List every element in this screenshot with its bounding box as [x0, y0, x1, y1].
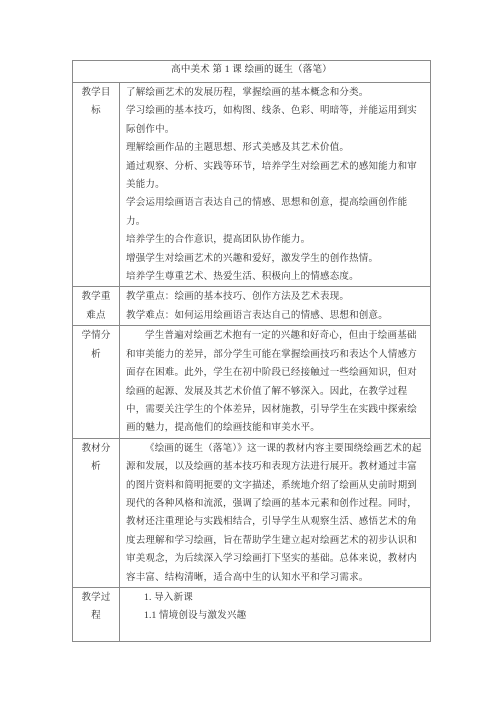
label-key-difficult-points: 教学重难点 [73, 287, 120, 326]
label-material-analysis: 教材分析 [73, 438, 120, 587]
paragraph: 1.1 情境创设与激发兴趣 [144, 607, 422, 625]
row-teaching-process: 教学过程 1. 导入新课1.1 情境创设与激发兴趣 [73, 587, 431, 641]
paragraph: 培养学生尊重艺术、热爱生活、积极向上的情感态度。 [126, 268, 422, 286]
lesson-plan-table: 高中美术 第 1 课 绘画的诞生（落笔） 教学目标 了解绘画艺术的发展历程，掌握… [72, 60, 431, 642]
paragraph: 增强学生对绘画艺术的兴趣和爱好，激发学生的创作热情。 [126, 250, 422, 268]
label-teaching-goals: 教学目标 [73, 83, 120, 287]
label-teaching-process: 教学过程 [73, 587, 120, 641]
content-student-analysis: 学生普遍对绘画艺术抱有一定的兴趣和好奇心，但由于绘画基础和审美能力的差异，部分学… [120, 326, 431, 438]
paragraph: 培养学生的合作意识，提高团队协作能力。 [126, 231, 422, 249]
paragraph: 教学难点：如何运用绘画语言表达自己的情感、思想和创意。 [126, 307, 422, 325]
paragraph: 1. 导入新课 [144, 589, 422, 607]
paragraph: 教学重点：绘画的基本技巧、创作方法及艺术表现。 [126, 288, 422, 306]
content-teaching-process: 1. 导入新课1.1 情境创设与激发兴趣 [120, 587, 431, 641]
row-material-analysis: 教材分析 《绘画的诞生（落笔）》这一课的教材内容主要围绕绘画艺术的起源和发展，以… [73, 438, 431, 587]
row-teaching-goals: 教学目标 了解绘画艺术的发展历程，掌握绘画的基本概念和分类。学习绘画的基本技巧，… [73, 83, 431, 287]
paragraph: 学习绘画的基本技巧，如构图、线条、色彩、明暗等，并能运用到实际创作中。 [126, 102, 422, 139]
content-teaching-goals: 了解绘画艺术的发展历程，掌握绘画的基本概念和分类。学习绘画的基本技巧，如构图、线… [120, 83, 431, 287]
row-student-analysis: 学情分析 学生普遍对绘画艺术抱有一定的兴趣和好奇心，但由于绘画基础和审美能力的差… [73, 326, 431, 438]
title-row: 高中美术 第 1 课 绘画的诞生（落笔） [73, 61, 431, 83]
paragraph: 通过观察、分析、实践等环节，培养学生对绘画艺术的感知能力和审美能力。 [126, 158, 422, 195]
paragraph: 学生普遍对绘画艺术抱有一定的兴趣和好奇心，但由于绘画基础和审美能力的差异，部分学… [126, 327, 422, 437]
paragraph: 《绘画的诞生（落笔）》这一课的教材内容主要围绕绘画艺术的起源和发展，以及绘画的基… [126, 440, 422, 587]
row-key-difficult-points: 教学重难点 教学重点：绘画的基本技巧、创作方法及艺术表现。教学难点：如何运用绘画… [73, 287, 431, 326]
content-key-difficult-points: 教学重点：绘画的基本技巧、创作方法及艺术表现。教学难点：如何运用绘画语言表达自己… [120, 287, 431, 326]
paragraph: 理解绘画作品的主题思想、形式美感及其艺术价值。 [126, 139, 422, 157]
content-material-analysis: 《绘画的诞生（落笔）》这一课的教材内容主要围绕绘画艺术的起源和发展，以及绘画的基… [120, 438, 431, 587]
paragraph: 学会运用绘画语言表达自己的情感、思想和创意，提高绘画创作能力。 [126, 194, 422, 231]
paragraph: 了解绘画艺术的发展历程，掌握绘画的基本概念和分类。 [126, 84, 422, 102]
label-student-analysis: 学情分析 [73, 326, 120, 438]
document-page: 高中美术 第 1 课 绘画的诞生（落笔） 教学目标 了解绘画艺术的发展历程，掌握… [0, 0, 500, 707]
page-title: 高中美术 第 1 课 绘画的诞生（落笔） [73, 61, 431, 83]
